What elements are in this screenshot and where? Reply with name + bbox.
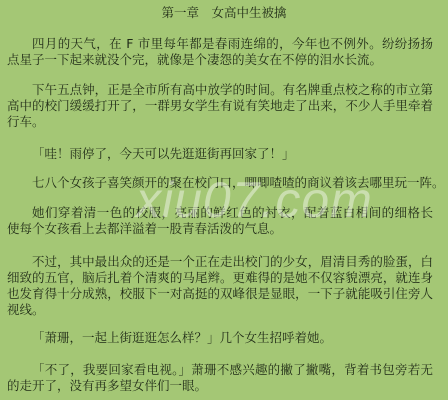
paragraph: 她们穿着清一色的校服，亮丽的鲜红色的衬衣，配着蓝白相间的细格长裤， 使每个女孩看…: [7, 205, 433, 237]
paragraph: 七八个女孩子喜笑颜开的聚在校门口，唧唧喳喳的商议着该去哪里玩一阵。: [7, 175, 433, 191]
paragraph: 下午五点钟，正是全市所有高中放学的时间。有名牌重点校之称的市立第一 高中的校门缓…: [7, 82, 433, 130]
text-line: 行车。: [7, 114, 433, 130]
paragraph: 四月的天气，在 F 市里每年都是春雨连绵的，今年也不例外。纷纷扬扬的雨 点星子一…: [7, 36, 433, 68]
dialogue-paragraph: 「萧珊，一起上街逛逛怎么样？」几个女生招呼着她。: [7, 330, 433, 346]
chapter-title: 第一章 女高中生被擒: [0, 5, 448, 21]
text-line: 「不了，我要回家看电视。」萧珊不感兴趣的撇了撇嘴，背着书包旁若无人: [7, 362, 433, 378]
text-line: 细致的五官，脑后扎着个清爽的马尾辫。更难得的是她不仅容貌漂亮，就连身材: [7, 270, 433, 286]
text-line: 使每个女孩看上去都洋溢着一股青春活泼的气息。: [7, 221, 433, 237]
text-line: 「萧珊，一起上街逛逛怎么样？」几个女生招呼着她。: [7, 330, 433, 346]
paragraph: 不过，其中最出众的还是一个正在走出校门的少女，眉清目秀的脸蛋，白皙 细致的五官，…: [7, 254, 433, 318]
reading-page: 第一章 女高中生被擒 四月的天气，在 F 市里每年都是春雨连绵的，今年也不例外。…: [0, 0, 448, 400]
text-line: 她们穿着清一色的校服，亮丽的鲜红色的衬衣，配着蓝白相间的细格长裤，: [7, 205, 433, 221]
text-line: 高中的校门缓缓打开了，一群男女学生有说有笑地走了出来，不少人手里牵着自: [7, 98, 433, 114]
text-line: 视线。: [7, 302, 433, 318]
text-line: 也发育得十分成熟，校服下一对高挺的双峰很是显眼，一下子就能吸引住旁人的: [7, 286, 433, 302]
paragraph: 「不了，我要回家看电视。」萧珊不感兴趣的撇了撇嘴，背着书包旁若无人 的走开了，没…: [7, 362, 433, 394]
text-line: 不过，其中最出众的还是一个正在走出校门的少女，眉清目秀的脸蛋，白皙: [7, 254, 433, 270]
text-line: 的走开了，没有再多望女伴们一眼。: [7, 378, 433, 394]
text-line: 点星子一下起来就没个完，就像是个凄怨的美女在不停的泪水长流。: [7, 52, 433, 68]
text-line: 「哇！雨停了，今天可以先逛逛街再回家了！」: [7, 146, 433, 162]
text-line: 四月的天气，在 F 市里每年都是春雨连绵的，今年也不例外。纷纷扬扬的雨: [7, 36, 433, 52]
text-line: 下午五点钟，正是全市所有高中放学的时间。有名牌重点校之称的市立第一: [7, 82, 433, 98]
text-line: 七八个女孩子喜笑颜开的聚在校门口，唧唧喳喳的商议着该去哪里玩一阵。: [7, 175, 433, 191]
dialogue-paragraph: 「哇！雨停了，今天可以先逛逛街再回家了！」: [7, 146, 433, 162]
